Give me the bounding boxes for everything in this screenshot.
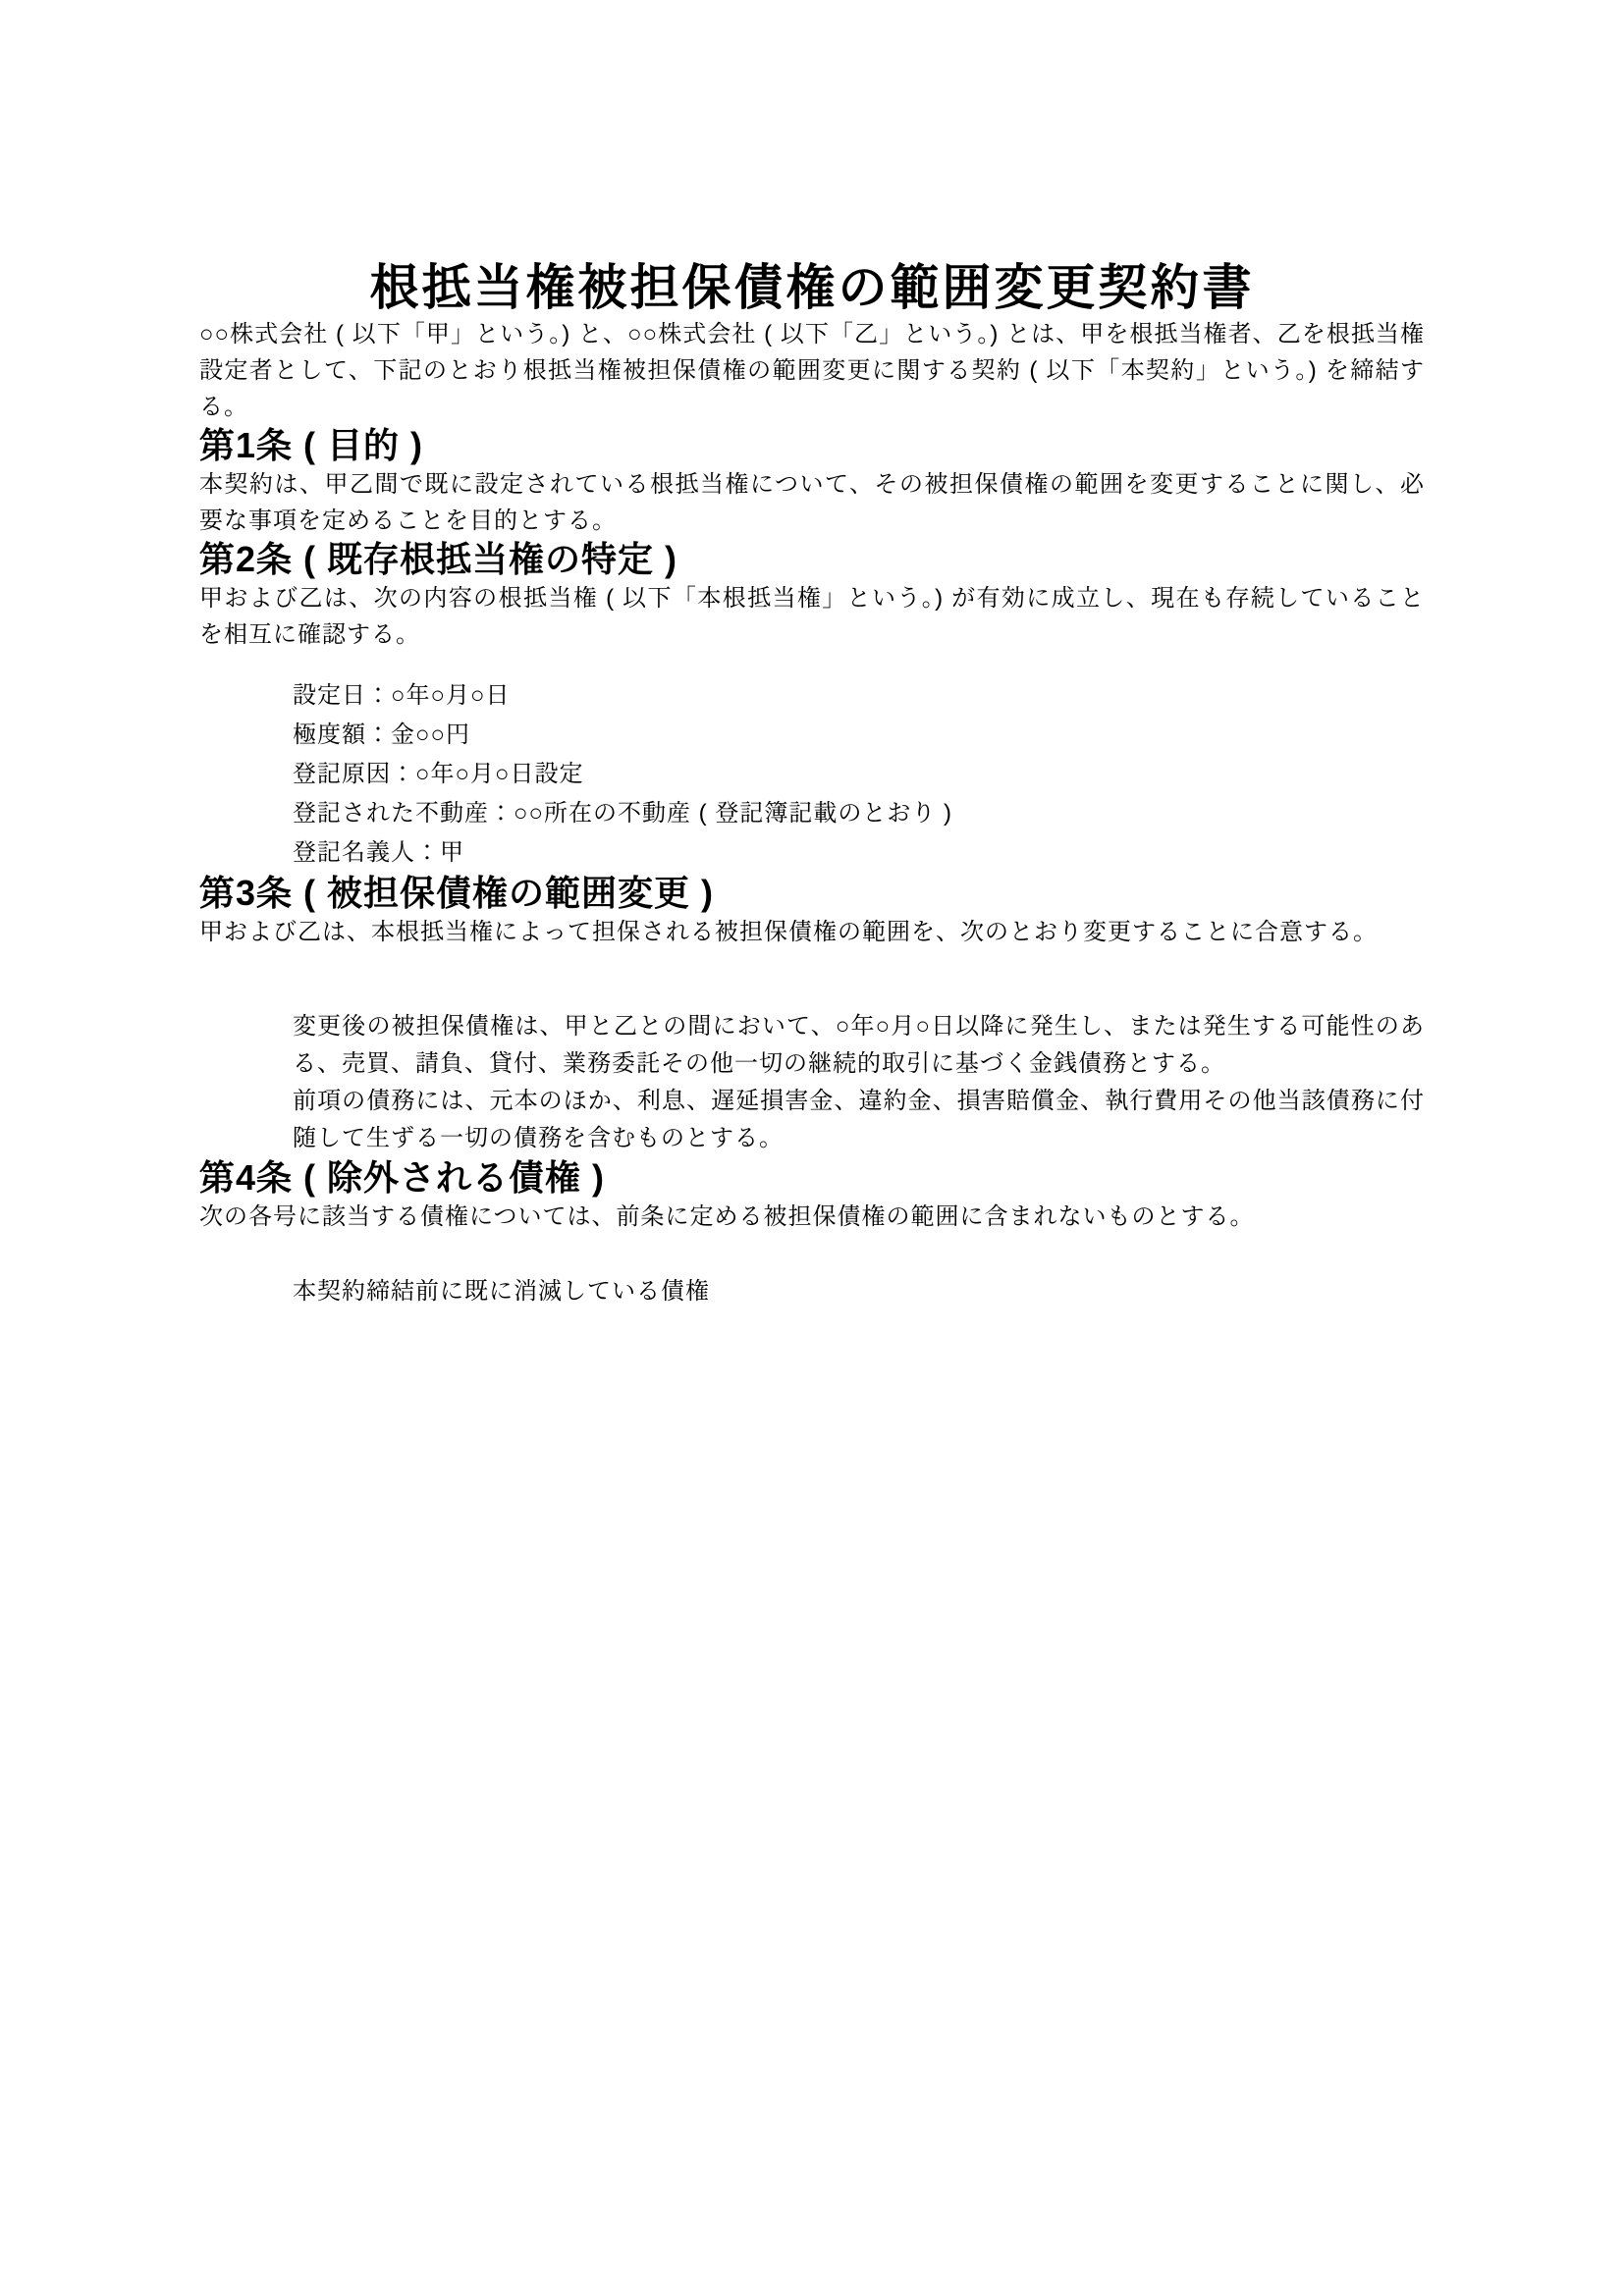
article-3-body: 甲および乙は、本根抵当権によって担保される被担保債権の範囲を、次のとおり変更する…	[199, 914, 1425, 950]
article-3-heading: 第3条 ( 被担保債権の範囲変更 )	[199, 873, 1425, 914]
article-2-body: 甲および乙は、次の内容の根抵当権 ( 以下「本根抵当権」という。) が有効に成立…	[199, 580, 1425, 653]
article-3-indented-clauses: 変更後の被担保債権は、甲と乙との間において、○年○月○日以降に発生し、または発生…	[199, 1008, 1425, 1157]
article-4-excluded-claim-1: 本契約締結前に既に消滅している債権	[293, 1273, 1425, 1310]
article-3-clause-1: 変更後の被担保債権は、甲と乙との間において、○年○月○日以降に発生し、または発生…	[293, 1008, 1425, 1083]
article-2-heading: 第2条 ( 既存根抵当権の特定 )	[199, 539, 1425, 580]
intro-paragraph: ○○株式会社 ( 以下「甲」という。) と、○○株式会社 ( 以下「乙」という。…	[199, 316, 1425, 425]
article-1-body: 本契約は、甲乙間で既に設定されている根抵当権について、その被担保債権の範囲を変更…	[199, 466, 1425, 539]
mortgage-detail-list: 設定日：○年○月○日 極度額：金○○円 登記原因：○年○月○日設定 登記された不…	[199, 676, 1425, 873]
detail-item-touki-cause: 登記原因：○年○月○日設定	[293, 755, 1425, 794]
document-title: 根抵当権被担保債権の範囲変更契約書	[199, 259, 1425, 316]
article-4-body: 次の各号に該当する債権については、前条に定める被担保債権の範囲に含まれないものと…	[199, 1199, 1425, 1235]
detail-item-settei-date: 設定日：○年○月○日	[293, 676, 1425, 716]
article-4-excluded-claims: 本契約締結前に既に消滅している債権	[199, 1273, 1425, 1310]
detail-item-kyokudo-amount: 極度額：金○○円	[293, 716, 1425, 755]
detail-item-registered-property: 登記された不動産：○○所在の不動産 ( 登記簿記載のとおり )	[293, 794, 1425, 833]
contract-document-page: 根抵当権被担保債権の範囲変更契約書 ○○株式会社 ( 以下「甲」という。) と、…	[0, 0, 1624, 2296]
article-1-heading: 第1条 ( 目的 )	[199, 425, 1425, 466]
article-3-clause-2: 前項の債務には、元本のほか、利息、遅延損害金、違約金、損害賠償金、執行費用その他…	[293, 1083, 1425, 1157]
detail-item-registered-holder: 登記名義人：甲	[293, 833, 1425, 873]
article-4-heading: 第4条 ( 除外される債権 )	[199, 1157, 1425, 1199]
